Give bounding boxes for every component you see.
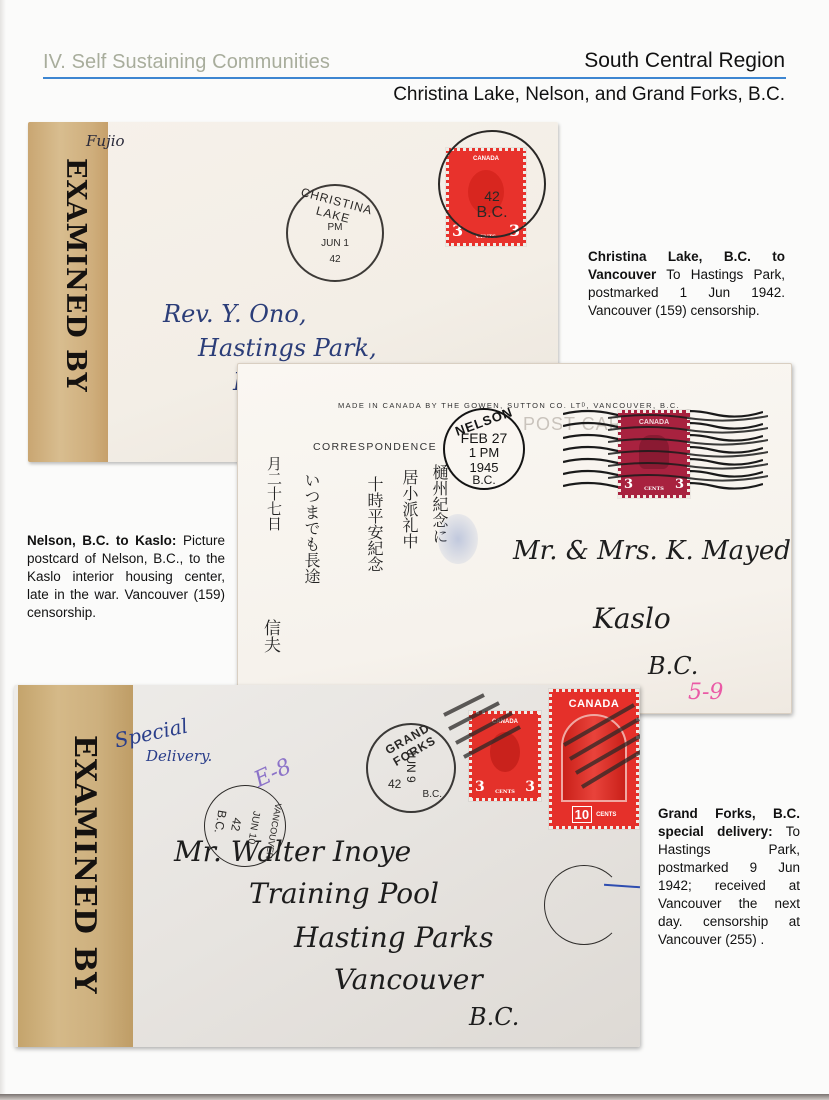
message-column: 居小派礼中 (398, 469, 421, 549)
christina-lake-postmark: CHRISTINA LAKE PM JUN 1 42 (286, 184, 384, 282)
address-line-5: B.C. (469, 1003, 519, 1031)
caption-title: Nelson, B.C. to Kaslo: (27, 533, 176, 548)
caption-nelson: Nelson, B.C. to Kaslo: Picture postcard … (27, 532, 225, 622)
special-note-line-2: Delivery. (146, 747, 212, 765)
cancel-lines-over-stamp (608, 404, 768, 494)
censor-tape-text: EXAMINED BY (67, 735, 102, 995)
censor-tape-text: EXAMINED BY (60, 158, 91, 393)
address-line-1: Rev. Y. Ono, (163, 300, 306, 328)
censor-tape: EXAMINED BY (28, 122, 108, 462)
address-line-1: Mr. & Mrs. K. Mayeda (513, 536, 792, 566)
caption-title: Grand Forks, B.C. special delivery: (658, 806, 800, 839)
message-signature: 信夫 (258, 619, 283, 653)
header-rule (43, 77, 786, 79)
region-title: South Central Region (584, 49, 785, 73)
address-line-2: Kaslo (593, 602, 671, 635)
page-subtitle: Christina Lake, Nelson, and Grand Forks,… (393, 84, 785, 106)
address-line-3: B.C. (648, 652, 698, 680)
nelson-postmark: NELSON FEB 27 1 PM 1945 B.C. (443, 408, 525, 490)
message-column: いつまでも長途 (298, 472, 324, 584)
grand-forks-cover: EXAMINED BY Special Delivery. E-8 VANCOU… (14, 685, 640, 1047)
address-line-2: Hastings Park, (198, 334, 377, 362)
caption-christina-lake: Christina Lake, B.C. to Vancouver To Has… (588, 248, 785, 320)
address-line-4: Vancouver (334, 963, 483, 996)
address-line-3: Hasting Parks (294, 921, 494, 954)
correspondence-label: CORRESPONDENCE (313, 441, 437, 453)
address-line-1: Mr. Walter Inoye (174, 835, 411, 868)
caption-grand-forks: Grand Forks, B.C. special delivery: To H… (658, 805, 800, 949)
ink-blot (438, 514, 478, 564)
address-line-2: Training Pool (249, 877, 439, 910)
page-shadow (0, 0, 6, 1100)
message-column: 十時平安紀念 (363, 476, 386, 572)
page-bottom-edge (0, 1094, 829, 1100)
stamp-cancel: 42 B.C. (438, 130, 546, 238)
section-title: IV. Self Sustaining Communities (43, 51, 330, 74)
back-receiving-mark (544, 865, 624, 945)
handwritten-note: Fujio (86, 132, 125, 150)
pink-mark: 5-9 (688, 680, 723, 705)
caption-body: To Hastings Park, postmarked 9 Jun 1942;… (658, 824, 800, 947)
nelson-postcard: MADE IN CANADA BY THE GOWEN, SUTTON CO. … (237, 363, 792, 714)
duplex-cancel-bars (424, 685, 640, 805)
